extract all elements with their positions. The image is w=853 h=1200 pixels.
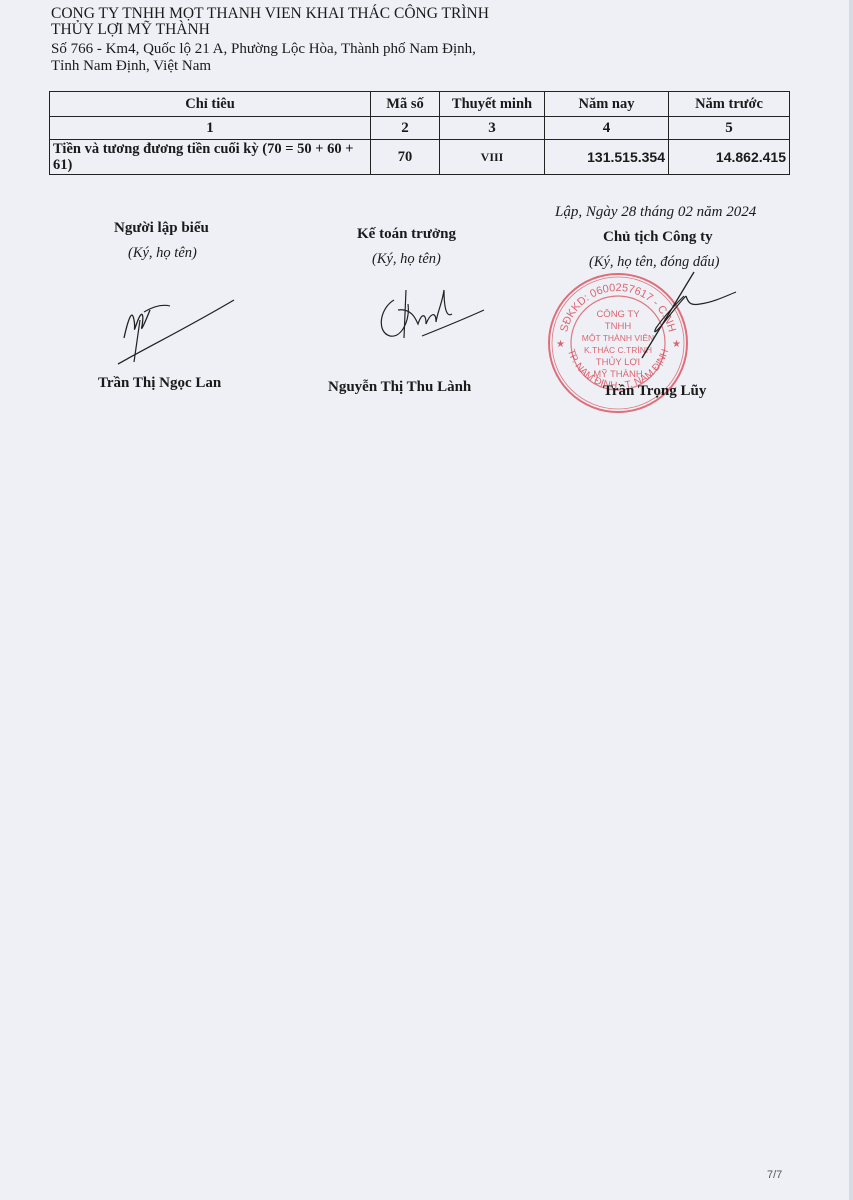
chairman-title: Chủ tịch Công ty [603,229,713,246]
preparer-signature [110,290,240,370]
preparer-title: Người lập biểu [114,220,209,237]
cell-chi-tieu: Tiền và tương đương tiền cuối kỳ (70 = 5… [50,140,371,175]
header-thuyet-minh: Thuyết minh [440,92,545,117]
company-header: CONG TY TNHH MỌT THANH VIEN KHAI THÁC CÔ… [51,6,489,75]
preparer-note: (Ký, họ tên) [128,245,197,262]
star-icon: ★ [556,339,565,350]
company-name-line1: CONG TY TNHH MỌT THANH VIEN KHAI THÁC CÔ… [51,6,489,22]
index-cell: 1 [50,117,371,140]
cash-flow-table: Chỉ tiêu Mã số Thuyết minh Năm nay Năm t… [49,91,790,175]
chairman-name: Trần Trọng Lũy [603,383,706,400]
company-address-line1: Số 766 - Km4, Quốc lộ 21 A, Phường Lộc H… [51,41,489,58]
index-cell: 3 [440,117,545,140]
table-header-row: Chỉ tiêu Mã số Thuyết minh Năm nay Năm t… [50,92,790,117]
chief-accountant-signature [372,280,492,350]
chairman-signature [580,266,740,366]
date-line: Lập, Ngày 28 tháng 02 năm 2024 [555,204,756,221]
table-row: Tiền và tương đương tiền cuối kỳ (70 = 5… [50,140,790,175]
cell-ma-so: 70 [371,140,440,175]
index-cell: 4 [545,117,669,140]
company-name-line2: THỦY LỢI MỸ THÀNH [51,22,489,38]
cell-nam-truoc: 14.862.415 [669,140,790,175]
preparer-name: Trần Thị Ngọc Lan [98,375,221,392]
header-nam-truoc: Năm trước [669,92,790,117]
chief-accountant-title: Kế toán trưởng [357,226,456,243]
header-ma-so: Mã số [371,92,440,117]
header-chi-tieu: Chỉ tiêu [50,92,371,117]
company-address-line2: Tỉnh Nam Định, Việt Nam [51,58,489,75]
page-number: 7/7 [767,1169,782,1181]
chief-accountant-note: (Ký, họ tên) [372,251,441,268]
index-cell: 5 [669,117,790,140]
table-index-row: 1 2 3 4 5 [50,117,790,140]
index-cell: 2 [371,117,440,140]
cell-nam-nay: 131.515.354 [545,140,669,175]
stamp-line: MỸ THÀNH [593,369,643,380]
chief-accountant-name: Nguyễn Thị Thu Lành [328,379,471,396]
page-edge [849,0,853,1200]
header-nam-nay: Năm nay [545,92,669,117]
cell-thuyet-minh: VIII [440,140,545,175]
